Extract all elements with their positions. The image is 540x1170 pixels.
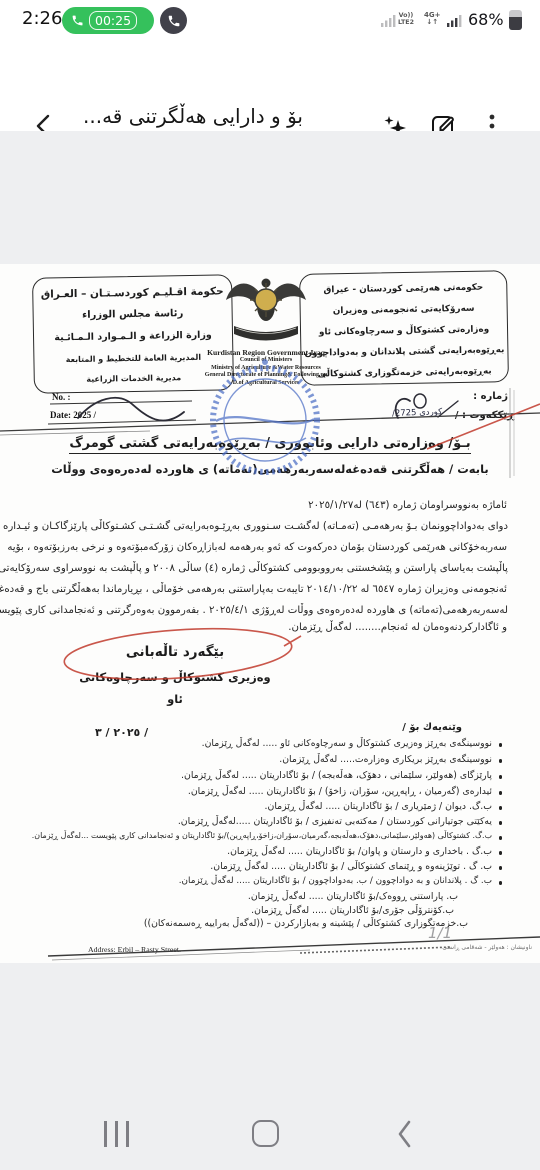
ref-date-label: Date: 2025 / [50, 410, 96, 420]
signer-role: وەزیری کشتوکاڵ و سەرچاوەکانی [55, 670, 295, 684]
ongoing-call-icon [160, 7, 187, 34]
nav-back-icon [396, 1119, 414, 1149]
battery-percent: 68% [468, 10, 504, 29]
call-duration: 00:25 [89, 11, 137, 30]
page-indicator: 1/1 [428, 924, 452, 942]
home-button[interactable] [252, 1120, 279, 1147]
signer-role2: ئاو [55, 692, 295, 706]
cc-extra-line: ب.کۆنترۆڵی جۆری/بۆ ئاگاداریتان ..... لەگ… [251, 905, 454, 916]
phone-screen: 2:26 00:25 Vo)) LTE2 4G+ ↓↑ 68% [0, 0, 540, 1170]
cc-item: ب.گ. کشتوکاڵی (هەولێر،سلێمانی،دهۆک،هەڵەب… [32, 831, 492, 840]
footer-address: Address: Erbil – Rasty Street. [88, 945, 181, 954]
body-line: و ئاگادارکردنەوەمان لە ئەنجام........ لە… [288, 622, 507, 633]
letterhead-en-line: D.of Agricultural Services [178, 380, 354, 388]
network-type-indicator: 4G+ ↓↑ [424, 12, 440, 26]
cc-header: وێنەیەك بۆ / [402, 722, 462, 733]
app-bar: بۆ و دارایی هەڵگرتنی قە... PDF reader [0, 40, 540, 131]
ref-number-label: ژمارە : [473, 391, 508, 402]
cc-item: ب. گ . توێژینەوە و ڕێنمای کشتوکاڵی / بۆ … [210, 861, 492, 872]
letterhead-ar-line: وزارة الزراعة و الـمـوارد الـمـائـية [34, 324, 232, 349]
handwritten-ref-number: /2725 کوردی [392, 407, 443, 419]
ref-dateku-label: ڕێککەوت : / [455, 410, 514, 421]
cc-item: یەکێتی جوتیارانی کوردستان / مەکتەبی تەنف… [178, 816, 492, 827]
cc-item: پارێزگای (هەولێر، سلێمانی ، دهۆک، هەڵەبج… [181, 770, 492, 781]
kurdistan-emblem-icon [222, 270, 310, 350]
ref-no-label: No. : [52, 392, 71, 402]
letterhead-en-line: General Directorate of Planning& Followi… [178, 372, 354, 380]
footer-address-kurdish: ناونیشان : هەولێر - شەقامی ڕاستی [442, 944, 532, 951]
to-line: بـۆ/ وەزارەتی دارایی وئابووری / بەڕێوەبە… [0, 436, 540, 451]
recents-button[interactable] [104, 1121, 129, 1147]
cc-extra-line: ب.خزمەتگوزاری کشتوکاڵی / پێشینە و بەبازا… [144, 918, 468, 929]
cc-item: ب.گ. دیوان / ژمێریاری / بۆ ئاگاداریتان .… [265, 801, 492, 812]
letterhead-ar-line: حكومة اقـليـم كوردسـتـان – العـراق [33, 280, 231, 305]
status-time: 2:26 [22, 8, 62, 29]
ongoing-call-pill[interactable]: 00:25 [62, 7, 154, 34]
subject-line: بابەت / هەڵگرتنی قەدەغەلەسەربەرهەمی(تەما… [0, 462, 540, 476]
letterhead-ku-line: حکومەتی هەرێمی کوردستان - عیراق [300, 277, 506, 302]
body-line: ئەنجومەنی وەزیران ژمارە ٦٥٤٧ لە ٢٠١٤/١٠/… [0, 584, 507, 595]
body-line: دوای بەدواداچوونمان بـۆ بەرهەمـی (تەمـات… [3, 521, 508, 532]
status-bar: 2:26 00:25 Vo)) LTE2 4G+ ↓↑ 68% [0, 0, 540, 40]
cc-item: نووسینگەی بەڕێز وەزیری کشتوکاڵ و سەرچاوە… [202, 738, 492, 749]
pdf-page[interactable]: حكومة اقـليـم كوردسـتـان – العـراق رئاسة… [0, 264, 540, 963]
letterhead-en-line: Ministry of Agriculture &Water Resources [178, 365, 354, 373]
signal-icon [447, 14, 462, 27]
letterhead-en-line: Kurdistan Region Government-Iraq [178, 348, 354, 357]
signal-weak-icon [381, 14, 396, 27]
cc-extra-line: ب. پاراستنی ڕووەک/بۆ ئاگاداریتان ..... ل… [248, 891, 458, 902]
volte-indicator: Vo)) LTE2 [398, 12, 414, 26]
phone-icon [71, 14, 84, 27]
body-line: پاڵپشت بەیاسای پاراستن و پێشخستنی بەرووب… [0, 563, 508, 574]
cc-item: ئیدارەی (گەرمیان ، ڕاپەڕین، سۆران، زاخۆ)… [188, 786, 492, 797]
letterhead-en-line: Council of Ministers [178, 357, 354, 365]
letterhead-english: Kurdistan Region Government-Iraq Council… [178, 348, 354, 387]
signer-name: بێگەرد تاڵەبانی [55, 644, 295, 660]
signature-date: ٢٠٢٥ / ٣ / [95, 726, 148, 739]
cc-item: نووسینگەی بەڕێز بریکاری وەزارەت..... لەگ… [279, 754, 492, 765]
body-line: سەربەخۆکانی هەرێمی کوردستان بۆمان دەرکەو… [7, 542, 507, 553]
body-line: لەسەربەرهەمی(تەماتە) ی هاوردە لەدەرەوەی … [0, 605, 508, 616]
nav-back-button[interactable] [396, 1119, 414, 1149]
document-title: بۆ و دارایی هەڵگرتنی قە... [83, 104, 303, 128]
recents-icon [104, 1121, 107, 1147]
cc-item: ب.گ . باخداری و دارستان و پاوان/ بۆ ئاگا… [227, 846, 492, 857]
body-line: ئاماژە بەنووسراومان ژمارە (٦٤٣) لە٢٠٢٥/١… [308, 500, 507, 511]
battery-icon [509, 10, 522, 30]
cc-item: ب. گ . پلاندانان و بە دواداچوون / ب. بەد… [179, 876, 492, 886]
